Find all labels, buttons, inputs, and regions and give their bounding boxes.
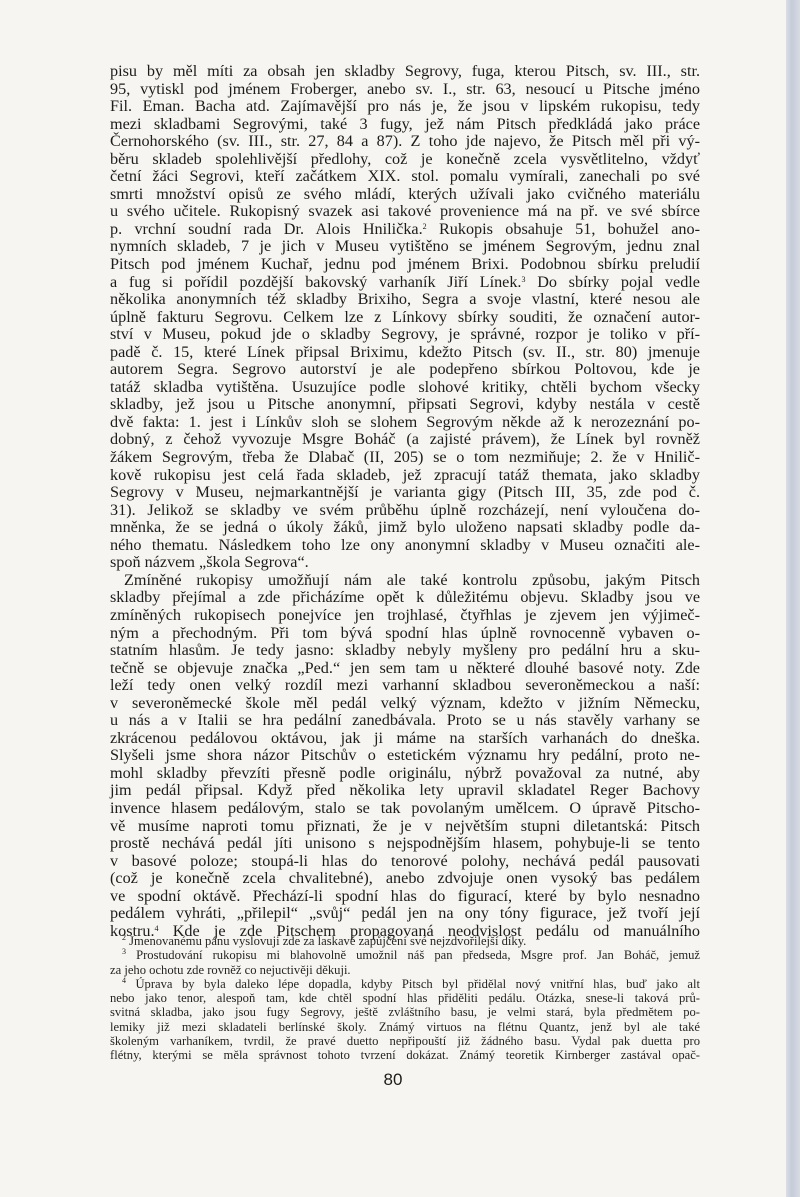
text-line: ným a přechodným. Při tom bývá spodní hl… [110, 625, 700, 643]
text-line: ství v Museu, pokud jde o skladby Segrov… [110, 326, 700, 344]
text-line: statním hlasům. Je tedy jasno: skladby n… [110, 642, 700, 660]
text-line: mohl skladby převzíti přesně podle origi… [110, 765, 700, 783]
footnote-3: 3 Prostudování rukopisu mi blahovolně um… [110, 948, 700, 962]
text-line: autorem Segra. Segrovo autorství je ale … [110, 361, 700, 379]
text-line: 31). Jelikož se skladby ve svém průběhu … [110, 502, 700, 520]
text-line: u nás a v Italii se hra pedální zanedbáv… [110, 712, 700, 730]
text-line: vě musíme naproti tomu přiznati, že je v… [110, 818, 700, 836]
text-line: jim pedál připsal. Když před několika le… [110, 782, 700, 800]
text-line: u svého učitele. Rukopisný svazek asi ta… [110, 203, 700, 221]
text-line: Segrovy v Museu, nejmarkantnější je vari… [110, 484, 700, 502]
footnote-4: 4 Úprava by byla daleko lépe dopadla, kd… [110, 977, 700, 991]
text-line: zmíněných rukopisech ponejvíce jen trojh… [110, 607, 700, 625]
footnotes: 2 Jmenovanému pánu vyslovuji zde za lask… [110, 934, 700, 1063]
text-line: dobný, z čehož vyvozuje Msgre Boháč (a z… [110, 431, 700, 449]
text-line: ve spodní oktávě. Přechází-li spodní hla… [110, 888, 700, 906]
text-line: kově rukopisu jest celá řada skladeb, je… [110, 467, 700, 485]
text-line: pedálem vyhráti, „přilepil“ „svůj“ pedál… [110, 905, 700, 923]
text-line: a fug si pořídil pozdější bakovský varha… [110, 274, 700, 292]
page-number: 80 [0, 1070, 786, 1090]
footnote-mark: 2 [122, 933, 126, 942]
text-line: padě č. 15, které Línek připsal Briximu,… [110, 344, 700, 362]
text-line: (což je konečně zcela chvalitebné), aneb… [110, 870, 700, 888]
text-line: nymních skladeb, 7 je jich v Museu vytiš… [110, 238, 700, 256]
text-segment: a fug si pořídil pozdější bakovský varha… [110, 273, 521, 291]
text-line: Slyšeli jsme shora názor Pitschův o este… [110, 747, 700, 765]
text-line: Fil. Eman. Bacha atd. Zajímavější pro ná… [110, 98, 700, 116]
text-line: pisu by měl míti za obsah jen skladby Se… [110, 63, 700, 81]
text-segment: p. vrchní soudní rada Dr. Alois Hnilička… [110, 220, 423, 238]
text-line: p. vrchní soudní rada Dr. Alois Hnilička… [110, 221, 700, 239]
text-segment: Do sbírky pojal vedle [525, 273, 700, 291]
text-line: leží tedy onen velký rozdíl mezi varhann… [110, 677, 700, 695]
footnote-mark: 4 [122, 976, 126, 985]
page-edge-shadow [786, 0, 800, 1197]
footnote-text: Jmenovanému pánu vyslovuji zde za laskav… [129, 934, 526, 948]
text-line: spoň názvem „škola Segrova“. [110, 554, 700, 572]
text-line: zkrácenou pedálovou oktávou, jak ji máme… [110, 730, 700, 748]
footnote-text: Úprava by byla daleko lépe dopadla, kdyb… [135, 977, 700, 991]
text-line: mněnka, že se jedná o úkoly žáků, jimž b… [110, 519, 700, 537]
book-page: pisu by měl míti za obsah jen skladby Se… [0, 0, 786, 1197]
footnote-mark: 3 [122, 947, 126, 956]
text-line: žákem Segrovým, třeba že Dlabač (II, 205… [110, 449, 700, 467]
footnote-text: svitná skladba, jako jsou fugy Segrovy, … [110, 1005, 700, 1019]
text-line: úplně fakturu Segrovu. Celkem lze z Línk… [110, 309, 700, 327]
footnote-2: 2 Jmenovanému pánu vyslovuji zde za lask… [110, 934, 700, 948]
text-line: Černohorského (sv. III., str. 27, 84 a 8… [110, 133, 700, 151]
text-line: v severoněmecké škole měl pedál velký vý… [110, 695, 700, 713]
text-line: tečně se objevuje značka „Ped.“ jen sem … [110, 660, 700, 678]
text-line: Pitsch pod jménem Kuchař, jednu pod jmén… [110, 256, 700, 274]
footnote-text: flétny, kterými se měla správnost tohoto… [110, 1048, 700, 1062]
text-line: běru skladeb spolehlivější předlohy, což… [110, 151, 700, 169]
text-segment: Rukopis obsahuje 51, bohužel ano- [427, 220, 700, 238]
footnote-text: nebo jako tenor, alespoň tam, kde chtěl … [110, 991, 700, 1005]
footnote-text: Prostudování rukopisu mi blahovolně umož… [136, 948, 700, 962]
text-line: četní žáci Segrovi, kteří začátkem XIX. … [110, 168, 700, 186]
footnote-text: lemiky již mezi skladateli berlínské ško… [110, 1020, 700, 1034]
text-line: skladby, jež jsou u Pitsche anonymní, př… [110, 396, 700, 414]
main-text: pisu by měl míti za obsah jen skladby Se… [110, 63, 700, 940]
text-line: dvě fakta: 1. jest i Línkův sloh se sloh… [110, 414, 700, 432]
text-line: tatáž skladba vytištěna. Usuzujíce podle… [110, 379, 700, 397]
text-line: několika anonymních též skladby Brixiho,… [110, 291, 700, 309]
text-line: invence hlasem pedálovým, stalo se tak p… [110, 800, 700, 818]
text-line: v basové poloze; stoupá-li hlas do tenor… [110, 853, 700, 871]
text-line: ného thematu. Následkem toho lze ony ano… [110, 537, 700, 555]
text-line: skladby přejímal a zde přicházíme opět k… [110, 589, 700, 607]
text-line: Zmíněné rukopisy umožňují nám ale také k… [110, 572, 700, 590]
footnote-text: školeným varhaníkem, tvrdil, že pravé du… [110, 1034, 700, 1048]
text-line: prostě nechává pedál jíti unisono s nejs… [110, 835, 700, 853]
footnote-text: za jeho ochotu zde rovněž co nejuctivěji… [110, 963, 700, 977]
text-line: 95, vytiskl pod jménem Froberger, anebo … [110, 81, 700, 99]
text-line: mezi skladbami Segrovými, také 3 fugy, j… [110, 116, 700, 134]
text-line: smrti množství opisů ze svého mládí, kte… [110, 186, 700, 204]
